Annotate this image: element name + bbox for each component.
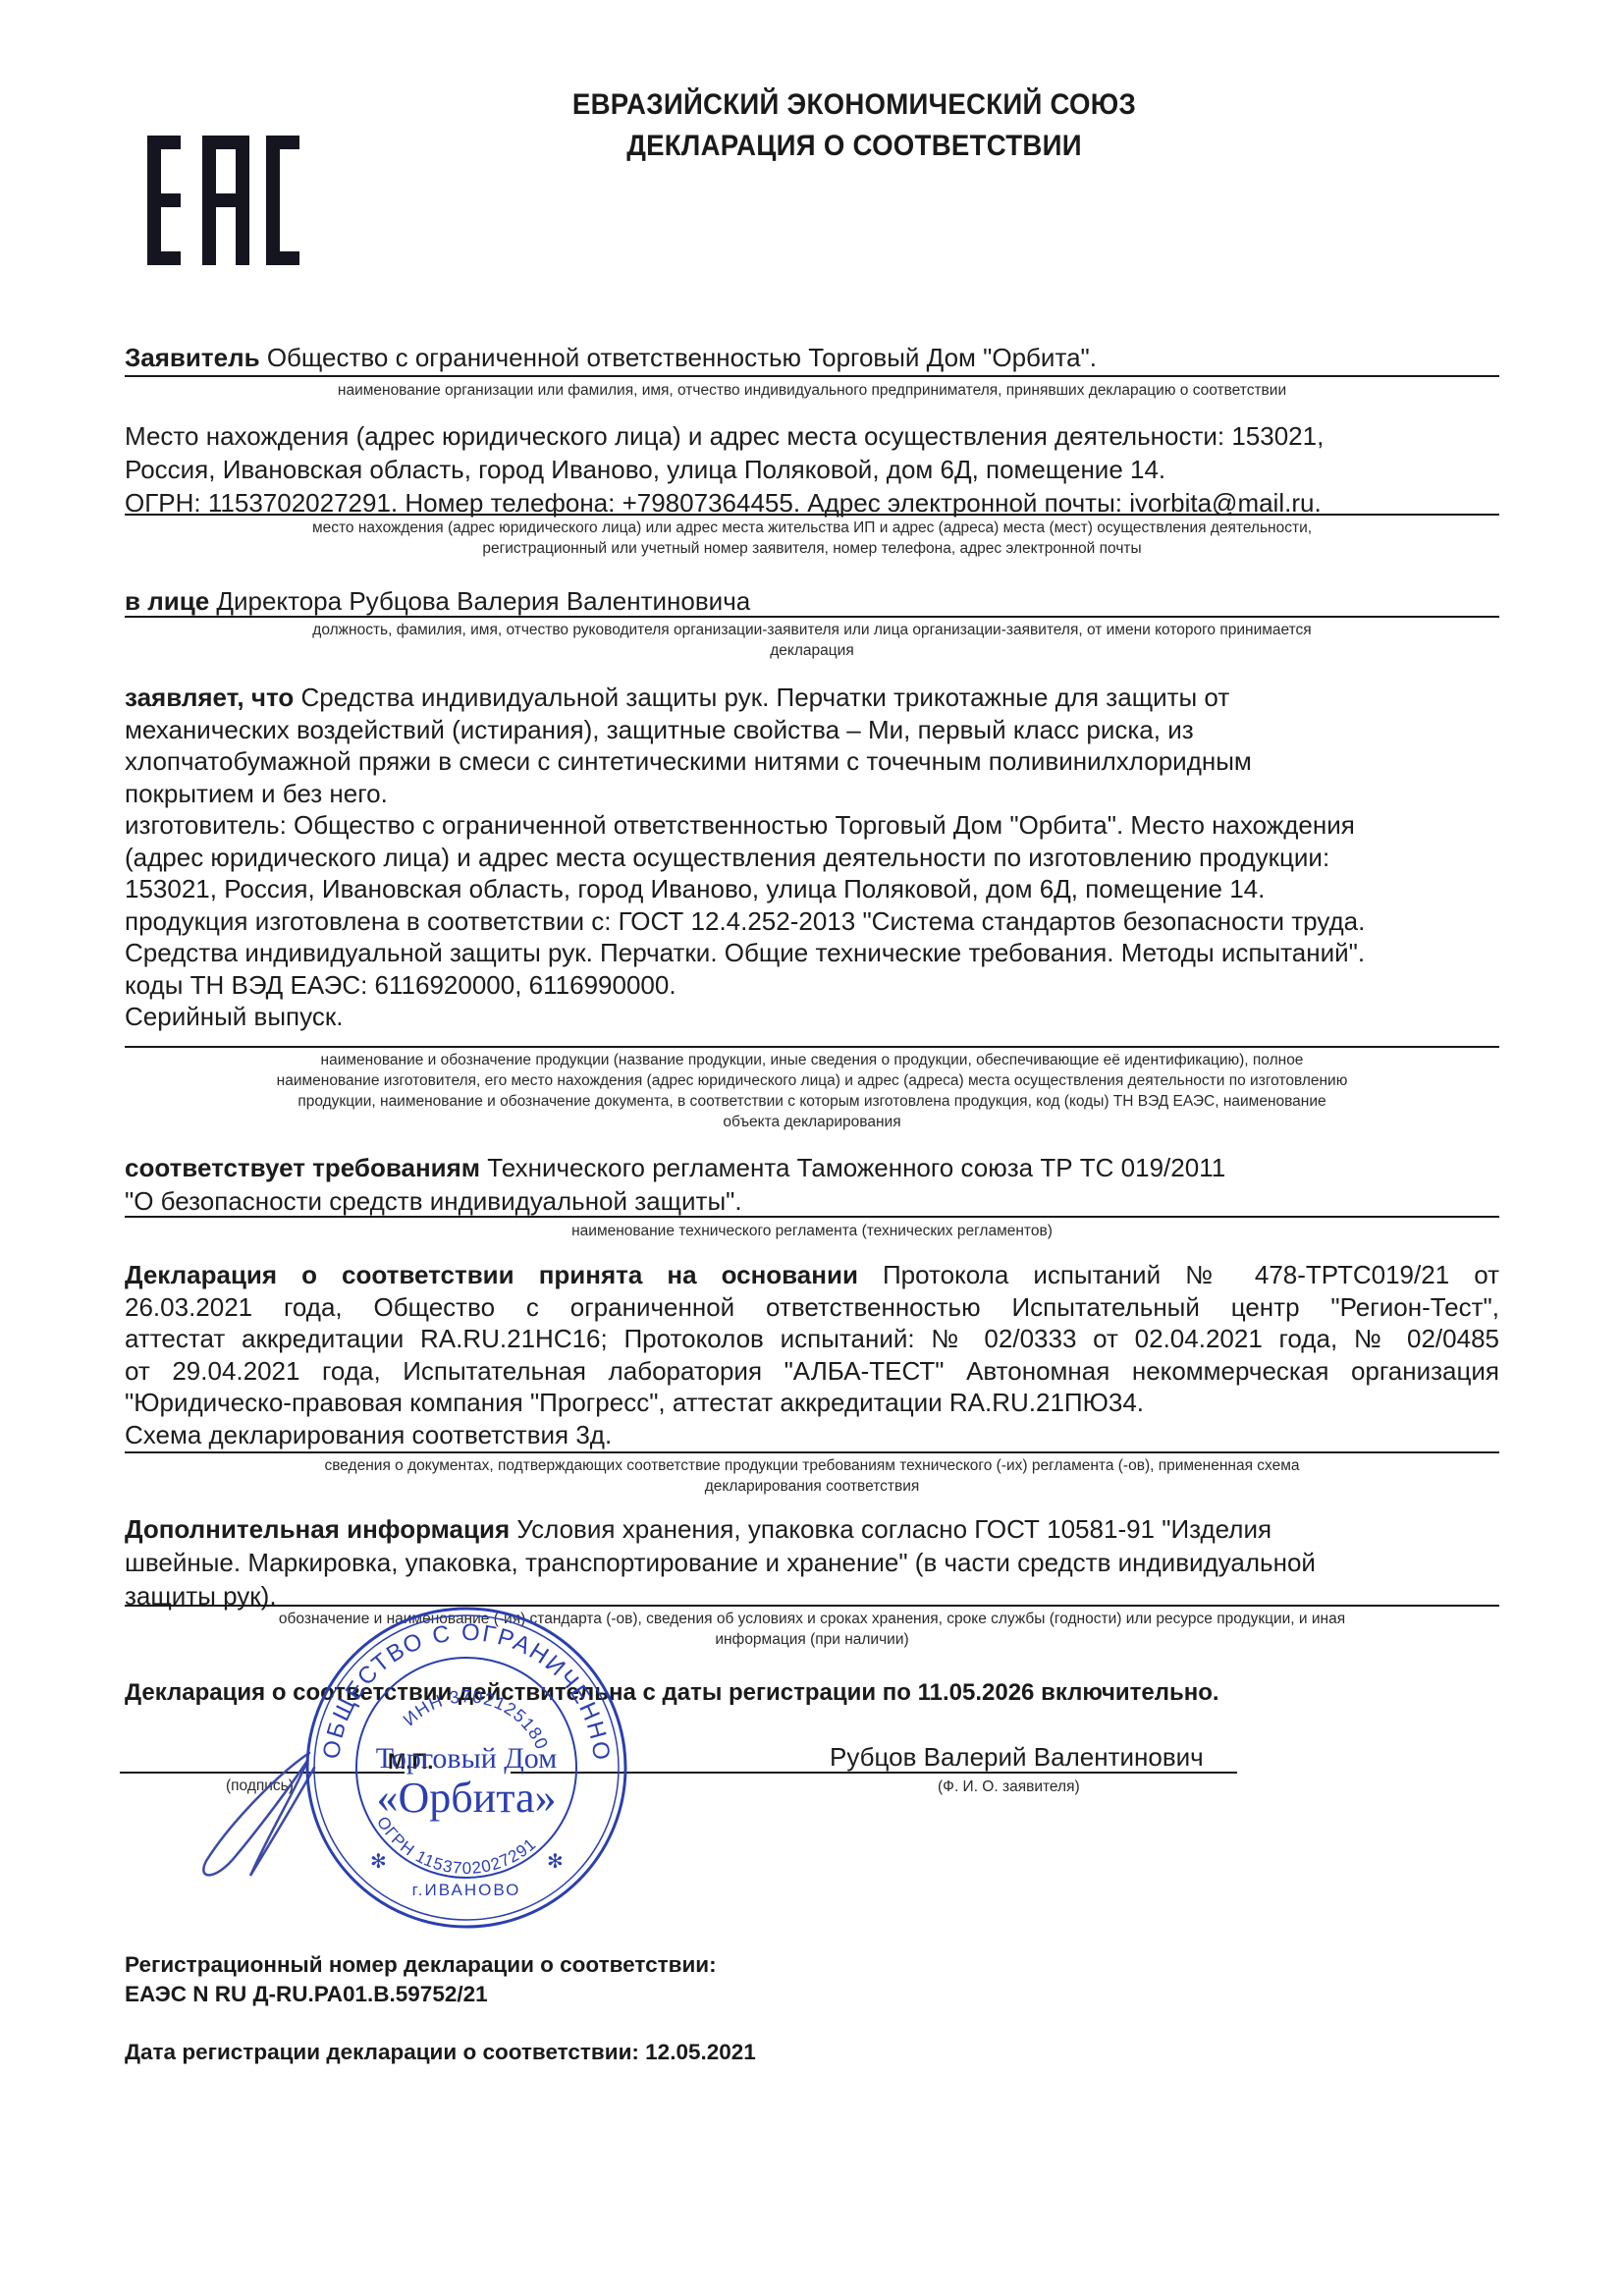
svg-text:Торговый Дом: Торговый Дом	[376, 1742, 557, 1775]
svg-text:✻: ✻	[370, 1851, 387, 1873]
applicant-label: Заявитель	[125, 343, 260, 372]
basis-label: Декларация о соответствии принята на осн…	[125, 1260, 858, 1289]
address-line: Россия, Ивановская область, город Иванов…	[125, 453, 1499, 486]
divider	[125, 514, 1499, 516]
applicant-caption: наименование организации или фамилия, им…	[125, 380, 1499, 401]
registration-number-block: Регистрационный номер декларации о соотв…	[125, 1950, 1499, 2009]
svg-text:✻: ✻	[547, 1851, 564, 1873]
hs-codes-line: коды ТН ВЭД ЕАЭС: 6116920000, 6116990000…	[125, 969, 1499, 1002]
applicant-field: Заявитель Общество с ограниченной ответс…	[125, 341, 1499, 374]
manufacturer-line: изготовитель: Общество с ограниченной от…	[125, 809, 1499, 842]
divider	[125, 1046, 1499, 1048]
scheme-line: Схема декларирования соответствия 3д.	[125, 1419, 1499, 1451]
representative-label: в лице	[125, 586, 209, 616]
representative-value: Директора Рубцова Валерия Валентиновича	[209, 586, 750, 616]
basis-caption: сведения о документах, подтверждающих со…	[125, 1455, 1499, 1497]
additional-info-field: Дополнительная информация Условия хранен…	[125, 1512, 1499, 1613]
conformity-label: соответствует требованиям	[125, 1153, 480, 1182]
address-field: Место нахождения (адрес юридического лиц…	[125, 419, 1499, 519]
document-title: ДЕКЛАРАЦИЯ О СООТВЕТСТВИИ	[448, 130, 1261, 163]
svg-text:ОБЩЕСТВО С ОГРАНИЧЕННОЙ ОТВЕТС: ОБЩЕСТВО С ОГРАНИЧЕННОЙ ОТВЕТСТВЕННОСТЬЮ	[299, 1601, 615, 1763]
divider	[125, 1451, 1499, 1453]
serial-line: Серийный выпуск.	[125, 1001, 1499, 1033]
registration-number-label: Регистрационный номер декларации о соотв…	[125, 1950, 1499, 1980]
signer-name: Рубцов Валерий Валентинович	[830, 1742, 1204, 1773]
representative-caption: должность, фамилия, имя, отчество руково…	[125, 620, 1499, 661]
divider	[125, 616, 1499, 618]
registration-number-value: ЕАЭС N RU Д-RU.РА01.В.59752/21	[125, 1980, 1499, 2009]
company-stamp-icon: ОБЩЕСТВО С ОГРАНИЧЕННОЙ ОТВЕТСТВЕННОСТЬЮ…	[299, 1601, 633, 1935]
address-line: Место нахождения (адрес юридического лиц…	[125, 419, 1499, 453]
svg-text:«Орбита»: «Орбита»	[376, 1774, 556, 1822]
registration-date: Дата регистрации декларации о соответств…	[125, 2038, 1499, 2067]
svg-text:г.ИВАНОВО: г.ИВАНОВО	[412, 1881, 521, 1899]
product-caption: наименование и обозначение продукции (на…	[125, 1050, 1499, 1132]
representative-field: в лице Директора Рубцова Валерия Валенти…	[125, 584, 1499, 618]
conformity-caption: наименование технического регламента (те…	[125, 1221, 1499, 1241]
product-description: заявляет, что Средства индивидуальной за…	[125, 682, 1499, 1033]
address-caption: место нахождения (адрес юридического лиц…	[125, 518, 1499, 559]
union-title: ЕВРАЗИЙСКИЙ ЭКОНОМИЧЕСКИЙ СОЮЗ	[448, 88, 1261, 122]
basis-field: Декларация о соответствии принята на осн…	[125, 1259, 1499, 1450]
standard-line: продукция изготовлена в соответствии с: …	[125, 905, 1499, 938]
conformity-field: соответствует требованиям Технического р…	[125, 1151, 1499, 1218]
signer-caption: (Ф. И. О. заявителя)	[938, 1778, 1080, 1796]
divider	[125, 1216, 1499, 1218]
additional-label: Дополнительная информация	[125, 1514, 510, 1544]
svg-text:ОГРН 1153702027291: ОГРН 1153702027291	[373, 1813, 540, 1878]
applicant-value: Общество с ограниченной ответственностью…	[260, 343, 1097, 372]
eac-logo-icon	[147, 136, 299, 265]
divider	[125, 375, 1499, 377]
declares-label: заявляет, что	[125, 683, 294, 712]
